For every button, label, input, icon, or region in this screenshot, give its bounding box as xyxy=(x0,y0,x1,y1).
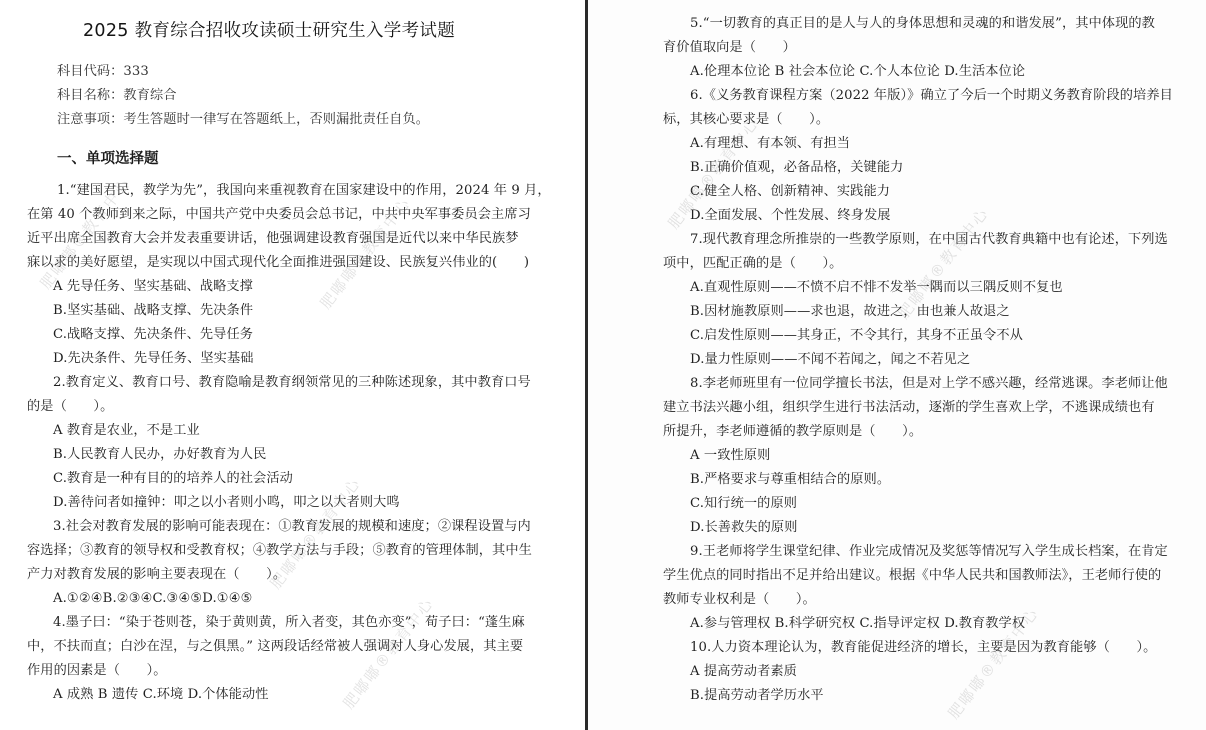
question-8-option-d: D.长善救失的原则 xyxy=(690,520,798,536)
question-8-line-3: 所提升，李老师遵循的教学原则是（ ）。 xyxy=(663,424,922,440)
question-2-option-b: B.人民教育人民办，办好教育为人民 xyxy=(53,447,266,463)
question-10-option-a: A 提高劳动者素质 xyxy=(690,664,797,680)
question-8-option-a: A 一致性原则 xyxy=(690,448,770,464)
exam-title: 2025 教育综合招收攻读硕士研究生入学考试题 xyxy=(83,20,455,42)
question-1-option-c: C.战略支撑、先决条件、先导任务 xyxy=(53,327,253,343)
question-2-line-1: 2.教育定义、教育口号、教育隐喻是教育纲领常见的三种陈述现象，其中教育口号 xyxy=(53,375,531,391)
question-3-line-3: 产力对教育发展的影响主要表现在（ ）。 xyxy=(27,567,286,583)
question-5-line-2: 育价值取向是（ ） xyxy=(663,40,796,56)
question-2-option-c: C.教育是一种有目的的培养人的社会活动 xyxy=(53,471,293,487)
question-4-line-3: 作用的因素是（ ）。 xyxy=(27,663,167,679)
question-3-line-1: 3.社会对教育发展的影响可能表现在：①教育发展的规模和速度；②课程设置与内 xyxy=(53,519,531,535)
question-9-line-1: 9.王老师将学生课堂纪律、作业完成情况及奖惩等情况写入学生成长档案，在肯定 xyxy=(690,544,1168,560)
question-9-line-2: 学生优点的同时指出不足并给出建议。根据《中华人民共和国教师法》，王老师行使的 xyxy=(663,568,1161,584)
question-9-options: A.参与管理权 B.科学研究权 C.指导评定权 D.教育教学权 xyxy=(690,616,1025,632)
question-7-option-b: B.因材施教原则——求也退，故进之，由也兼人故退之 xyxy=(690,304,1010,320)
question-1-line-2: 在第 40 个教师到来之际，中国共产党中央委员会总书记，中共中央军事委员会主席习 xyxy=(27,207,531,223)
question-7-line-2: 项中，匹配正确的是（ ）。 xyxy=(663,256,842,272)
question-4-line-1: 4.墨子曰：“染于苍则苍，染于黄则黄，所入者变，其色亦变”，荀子曰：“蓬生麻 xyxy=(53,615,525,631)
question-6-option-b: B.正确价值观，必备品格，关键能力 xyxy=(690,160,903,176)
question-10-line-1: 10.人力资本理论认为，教育能促进经济的增长，主要是因为教育能够（ ）。 xyxy=(690,640,1156,656)
question-8-option-b: B.严格要求与尊重相结合的原则。 xyxy=(690,472,890,488)
question-6-option-a: A.有理想、有本领、有担当 xyxy=(690,136,850,152)
question-4-line-2: 中，不扶而直；白沙在涅，与之俱黑。” 这两段话经常被人强调对人身心发展，其主要 xyxy=(27,639,523,655)
question-7-option-a: A.直观性原则——不愤不启不悱不发举一隅而以三隅反则不复也 xyxy=(690,280,1063,296)
question-1-line-1: 1.“建国君民，教学为先”，我国向来重视教育在国家建设中的作用，2024 年 9… xyxy=(57,183,551,199)
question-8-option-c: C.知行统一的原则 xyxy=(690,496,797,512)
exam-page-right: 5.“一切教育的真正目的是人与人的身体思想和灵魂的和谐发展”，其中体现的教 育价… xyxy=(588,0,1206,730)
exam-page-left: 2025 教育综合招收攻读硕士研究生入学考试题 科目代码：333 科目名称：教育… xyxy=(0,0,585,730)
question-4-options: A 成熟 B 遗传 C.环境 D.个体能动性 xyxy=(53,687,269,703)
question-3-line-2: 容选择；③教育的领导权和受教育权；④教学方法与手段；⑤教育的管理体制，其中生 xyxy=(27,543,532,559)
section-title: 一、单项选择题 xyxy=(57,147,159,168)
question-8-line-1: 8.李老师班里有一位同学擅长书法，但是对上学不感兴趣，经常逃课。李老师让他 xyxy=(690,376,1168,392)
question-7-option-c: C.启发性原则——其身正，不令其行，其身不正虽令不从 xyxy=(690,328,1023,344)
question-6-option-d: D.全面发展、个性发展、终身发展 xyxy=(690,208,891,224)
question-1-option-d: D.先决条件、先导任务、坚实基础 xyxy=(53,351,254,367)
question-6-line-2: 标，其核心要求是（ ）。 xyxy=(663,112,829,128)
question-1-line-4: 寐以求的美好愿望，是实现以中国式现代化全面推进强国建设、民族复兴伟业的( ) xyxy=(27,255,529,271)
question-1-option-b: B.坚实基础、战略支撑、先决条件 xyxy=(53,303,253,319)
exam-notice: 注意事项：考生答题时一律写在答题纸上，否则漏批责任自负。 xyxy=(57,112,429,128)
question-2-option-d: D.善待问者如撞钟：叩之以小者则小鸣，叩之以大者则大鸣 xyxy=(53,495,400,511)
question-7-option-d: D.量力性原则——不闻不若闻之，闻之不若见之 xyxy=(690,352,970,368)
question-10-option-b: B.提高劳动者学历水平 xyxy=(690,688,824,704)
question-8-line-2: 建立书法兴趣小组，组织学生进行书法活动，逐渐的学生喜欢上学，不逃课成绩也有 xyxy=(663,400,1155,416)
question-1-line-3: 近平出席全国教育大会并发表重要讲话，他强调建设教育强国是近代以来中华民族梦 xyxy=(27,231,519,247)
question-6-option-c: C.健全人格、创新精神、实践能力 xyxy=(690,184,890,200)
question-2-option-a: A 教育是农业，不是工业 xyxy=(53,423,200,439)
subject-code: 科目代码：333 xyxy=(57,64,149,80)
question-7-line-1: 7.现代教育理念所推崇的一些教学原则，在中国古代教育典籍中也有论述，下列选 xyxy=(690,232,1168,248)
question-5-line-1: 5.“一切教育的真正目的是人与人的身体思想和灵魂的和谐发展”，其中体现的教 xyxy=(690,16,1155,32)
question-5-options: A.伦理本位论 B 社会本位论 C.个人本位论 D.生活本位论 xyxy=(690,64,1025,80)
question-3-options: A.①②④B.②③④C.③④⑤D.①④⑤ xyxy=(53,591,253,607)
question-2-line-2: 的是（ ）。 xyxy=(27,399,113,415)
question-9-line-3: 教师专业权利是（ ）。 xyxy=(663,592,816,608)
question-1-option-a: A 先导任务、坚实基础、战略支撑 xyxy=(53,279,253,295)
question-6-line-1: 6.《义务教育课程方案（2022 年版）》确立了今后一个时期义务教育阶段的培养目 xyxy=(690,88,1173,104)
subject-name: 科目名称：教育综合 xyxy=(57,88,177,104)
